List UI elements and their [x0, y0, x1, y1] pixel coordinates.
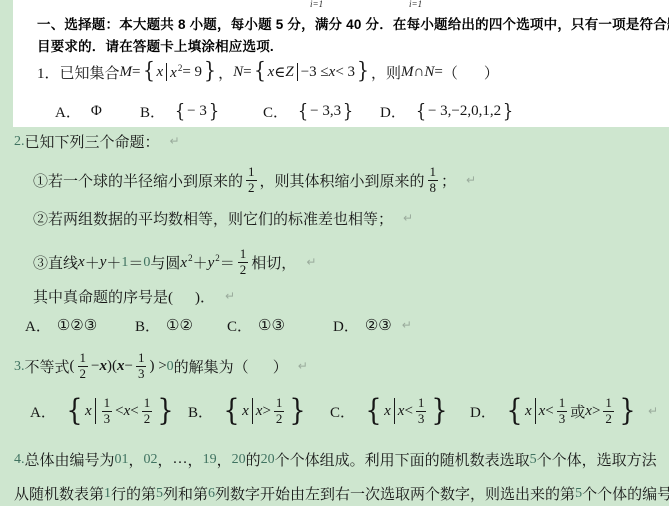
answer-option: B．{xx > 12}: [188, 386, 309, 436]
curly-brace: {: [365, 397, 381, 426]
paragraph-mark-icon: ↵: [306, 255, 316, 269]
text-run: 行的第: [111, 483, 156, 504]
text-run: ，: [158, 449, 173, 470]
curly-brace: }: [209, 102, 219, 120]
number-run: 2.: [14, 133, 25, 150]
text-run: 个个体的编号: [582, 483, 669, 504]
math-run: B．: [135, 315, 160, 336]
text-run: 已知下列三个命题：: [25, 131, 160, 152]
fraction: 12: [142, 396, 153, 427]
text-run: ，: [217, 449, 232, 470]
fraction: 13: [136, 351, 147, 382]
fraction-denominator: 2: [246, 180, 257, 196]
math-run: <: [115, 403, 123, 420]
fraction-denominator: 3: [416, 411, 427, 427]
math-variable: x: [157, 64, 164, 81]
text-run: 或: [570, 401, 585, 422]
answer-option: A．{x13 < x < 12}: [30, 386, 176, 436]
answer-option: D．{xx < 13或x > 12}↵: [470, 386, 658, 436]
math-run: A．: [55, 101, 81, 122]
text-run: ，则其体积缩小到原来的: [260, 170, 425, 191]
math-run: ) >: [149, 358, 166, 375]
math-run: = 9: [182, 64, 202, 81]
fraction: 13: [102, 396, 113, 427]
fraction: 12: [78, 351, 89, 382]
fraction-numerator: 1: [136, 351, 147, 366]
math-variable: x: [539, 403, 546, 420]
paragraph-mark-icon: ↵: [170, 134, 180, 148]
curly-brace: {: [416, 102, 426, 120]
fraction-denominator: 2: [274, 411, 285, 427]
math-variable: Z: [285, 64, 293, 81]
paragraph-mark-icon: ↵: [466, 173, 476, 187]
math-variable: M: [120, 64, 133, 81]
curly-brace: {: [298, 102, 308, 120]
text-run: ①若一个球的半径缩小到原来的: [33, 170, 243, 191]
math-run: B．: [188, 401, 213, 422]
math-variable: N: [424, 64, 434, 81]
number-run: 0: [167, 358, 174, 375]
number-run: 5: [156, 485, 163, 502]
paragraph-mark-icon: ↵: [403, 211, 413, 225]
answer-option: A．Φ: [55, 98, 102, 124]
curly-brace: {: [66, 397, 82, 426]
math-run: ∈: [274, 63, 285, 82]
answer-option: A．①②③: [25, 312, 97, 338]
math-run: )(: [107, 358, 117, 375]
math-run: D．: [333, 315, 359, 336]
number-run: 02: [144, 451, 158, 468]
question-1-options: A．ΦB．{− 3}C．{− 3,3}D．{− 3,−2,0,1,2}: [0, 98, 669, 124]
number-run: 19: [203, 451, 217, 468]
curly-brace: }: [619, 397, 635, 426]
question-2-item-3: ③直线 x＋y＋1＝0 与圆 x2＋y2＝12相切，↵: [33, 240, 316, 284]
set-builder-bar: [166, 63, 167, 81]
number-run: 0: [143, 254, 150, 271]
fraction-denominator: 2: [142, 411, 153, 427]
paragraph-mark-icon: ↵: [298, 359, 308, 373]
set-builder-bar: [297, 63, 298, 81]
fraction: 12: [246, 165, 257, 196]
text-run: 列和第: [163, 483, 208, 504]
math-run: ＝: [128, 252, 143, 273]
answer-option: D．②③↵: [333, 312, 412, 338]
curly-brace: }: [503, 102, 513, 120]
answer-option: B．①②: [135, 312, 193, 338]
fraction-denominator: 2: [603, 411, 614, 427]
math-run: ∩: [414, 64, 425, 81]
math-run: A．: [30, 401, 56, 422]
number-run: 20: [261, 451, 275, 468]
curly-brace: {: [506, 397, 522, 426]
text-run: 的解集为（: [174, 356, 249, 377]
curly-brace: }: [290, 397, 306, 426]
fraction-denominator: 2: [78, 366, 89, 382]
curly-brace: {: [143, 62, 155, 83]
curly-brace: }: [158, 397, 174, 426]
sum-subscript-fragment: i=1: [310, 0, 323, 9]
math-variable: x: [124, 403, 131, 420]
answer-option: C．{xx < 13}: [330, 386, 451, 436]
math-run: ＝: [220, 252, 235, 273]
math-run: D．: [380, 101, 406, 122]
math-run: =: [243, 64, 251, 81]
number-run: 01: [115, 451, 129, 468]
text-run: ；: [441, 170, 456, 191]
text-run: 与圆: [150, 252, 180, 273]
math-run: ＋: [193, 252, 208, 273]
question-3-stem: 3. 不等式(12−x)(x−13) > 0 的解集为（）↵: [14, 342, 308, 390]
fraction: 12: [603, 396, 614, 427]
text-run: 从随机数表第: [14, 483, 104, 504]
math-variable-squared: x2: [180, 253, 192, 272]
text-run: 个个体，选取方法: [537, 449, 657, 470]
text-run: 其中真命题的序号是(: [33, 286, 173, 307]
math-run: =: [434, 64, 442, 81]
math-variable-squared: x2: [170, 63, 182, 82]
math-variable: x: [585, 403, 592, 420]
math-variable: x: [78, 254, 85, 271]
number-run: 5: [530, 451, 537, 468]
text-run: 总体由编号为: [25, 449, 115, 470]
math-run: …: [173, 451, 188, 468]
math-variable: x: [85, 403, 92, 420]
math-run: <: [545, 403, 553, 420]
fraction-numerator: 1: [246, 165, 257, 180]
text-run: ，: [129, 449, 144, 470]
fraction-numerator: 1: [428, 165, 439, 180]
curly-brace: {: [175, 102, 185, 120]
fraction-numerator: 1: [102, 396, 113, 411]
math-variable-squared: y2: [208, 253, 220, 272]
math-run: 1．: [37, 62, 60, 83]
number-run: 1: [121, 254, 128, 271]
text-run: ③直线: [33, 252, 78, 273]
math-run: >: [262, 403, 270, 420]
question-2-item-1: ①若一个球的半径缩小到原来的12，则其体积缩小到原来的18；↵: [33, 158, 476, 202]
fraction-numerator: 1: [416, 396, 427, 411]
math-variable: x: [242, 403, 249, 420]
question-2-options: A．①②③B．①②C．①③D．②③↵: [0, 312, 669, 338]
text-run: ）: [484, 62, 499, 83]
question-2-heading: 2. 已知下列三个命题：↵: [14, 130, 180, 152]
answer-option: D．{− 3,−2,0,1,2}: [380, 98, 515, 124]
math-variable: x: [256, 403, 263, 420]
question-1-stem: 1．已知集合 M = {xx2 = 9}， N = {x ∈ Z−3 ≤ x <…: [37, 55, 499, 89]
fraction: 12: [238, 247, 249, 278]
fraction: 12: [274, 396, 285, 427]
fraction-numerator: 1: [603, 396, 614, 411]
number-run: 5: [575, 485, 582, 502]
math-variable: x: [384, 403, 391, 420]
fraction-numerator: 1: [78, 351, 89, 366]
paragraph-mark-icon: ↵: [402, 318, 412, 332]
fraction-numerator: 1: [238, 247, 249, 262]
math-variable: M: [401, 64, 414, 81]
answer-option: C．①③: [227, 312, 285, 338]
math-run: ＋: [85, 252, 100, 273]
math-run: (: [70, 358, 75, 375]
fraction-denominator: 3: [557, 411, 568, 427]
math-run: −: [124, 358, 132, 375]
curly-brace: {: [223, 397, 239, 426]
fraction-denominator: 3: [102, 411, 113, 427]
text-run: ，则: [371, 62, 401, 83]
text-run: ，: [188, 449, 203, 470]
answer-option: B．{− 3}: [140, 98, 221, 124]
text-run: ②③: [365, 316, 392, 335]
math-variable: x: [329, 64, 336, 81]
set-builder-bar: [252, 398, 253, 424]
math-run: A．: [25, 315, 51, 336]
math-variable: x: [398, 403, 405, 420]
math-run: Φ: [91, 103, 102, 120]
math-run: −3 ≤: [301, 64, 329, 81]
fraction-numerator: 1: [274, 396, 285, 411]
section-header-line2: 目要求的．请在答题卡上填涂相应选项.: [37, 35, 274, 55]
text-run: 列数字开始由左到右一次选取两个数字，则选出来的第: [215, 483, 575, 504]
math-run: ＋: [106, 252, 121, 273]
math-variable: N: [233, 64, 243, 81]
paragraph-mark-icon: ↵: [225, 289, 235, 303]
curly-brace: }: [432, 397, 448, 426]
fraction-denominator: 3: [136, 366, 147, 382]
number-run: 6: [208, 485, 215, 502]
text-run: 个个体组成。利用下面的随机数表选取: [275, 449, 530, 470]
fraction-numerator: 1: [142, 396, 153, 411]
math-run: C．: [330, 401, 355, 422]
math-variable: x: [117, 358, 125, 375]
question-4-line2: 从随机数表第 1 行的第 5 列和第 6 列数字开始由左到右一次选取两个数字，则…: [14, 481, 669, 505]
fraction: 13: [557, 396, 568, 427]
math-run: =: [132, 64, 140, 81]
paragraph-mark-icon: ↵: [648, 404, 658, 418]
math-run: − 3,3: [310, 103, 341, 120]
set-builder-bar: [394, 398, 395, 424]
math-run: − 3: [187, 103, 207, 120]
text-run: 不等式: [25, 356, 70, 377]
text-run: ，: [218, 62, 233, 83]
question-2-item-2: ②若两组数据的平均数相等，则它们的标准差也相等；↵: [33, 207, 413, 229]
set-builder-bar: [535, 398, 536, 424]
curly-brace: }: [357, 62, 369, 83]
fraction: 13: [416, 396, 427, 427]
number-run: 20: [232, 451, 246, 468]
text-run: 已知集合: [60, 62, 120, 83]
curly-brace: }: [204, 62, 216, 83]
text-run: 相切，: [251, 252, 296, 273]
math-variable: y: [100, 254, 107, 271]
number-run: 3.: [14, 358, 25, 375]
text-run: ①③: [258, 316, 285, 335]
question-2-conclusion: 其中真命题的序号是()．↵: [33, 284, 235, 308]
math-run: B．: [140, 101, 165, 122]
curly-brace: }: [343, 102, 353, 120]
math-variable: x: [268, 64, 275, 81]
math-variable: x: [525, 403, 532, 420]
math-run: C．: [263, 101, 288, 122]
text-run: ②若两组数据的平均数相等，则它们的标准差也相等；: [33, 208, 393, 229]
text-run: ）: [273, 356, 288, 377]
set-builder-bar: [95, 398, 96, 424]
text-run: ①②③: [57, 316, 97, 335]
text-run: )．: [195, 286, 215, 307]
answer-option: C．{− 3,3}: [263, 98, 355, 124]
fraction-numerator: 1: [557, 396, 568, 411]
math-run: < 3: [335, 64, 355, 81]
text-run: 的: [246, 449, 261, 470]
fraction-denominator: 8: [428, 180, 439, 196]
exam-page: { "colors":{ "page_background":"#cee6cf"…: [0, 0, 669, 506]
math-run: D．: [470, 401, 496, 422]
question-4-line1: 4. 总体由编号为 01，02，…，19，20 的 20 个个体组成。利用下面的…: [14, 447, 657, 471]
math-run: <: [130, 403, 138, 420]
section-header-line1: 一、选择题：本大题共 8 小题，每小题 5 分，满分 40 分．在每小题给出的四…: [37, 13, 669, 33]
number-run: 1: [104, 485, 111, 502]
question-3-options: A．{x13 < x < 12}B．{xx > 12}C．{xx < 13}D．…: [0, 386, 669, 436]
fraction-denominator: 2: [238, 262, 249, 278]
math-run: <: [404, 403, 412, 420]
math-run: >: [592, 403, 600, 420]
sum-subscript-fragment: i=1: [409, 0, 422, 9]
text-run: （: [443, 62, 458, 83]
text-run: ①②: [166, 316, 193, 335]
curly-brace: {: [254, 62, 266, 83]
number-run: 4.: [14, 451, 25, 468]
fraction: 18: [428, 165, 439, 196]
math-run: C．: [227, 315, 252, 336]
math-variable: x: [99, 358, 107, 375]
math-run: − 3,−2,0,1,2: [428, 103, 501, 120]
